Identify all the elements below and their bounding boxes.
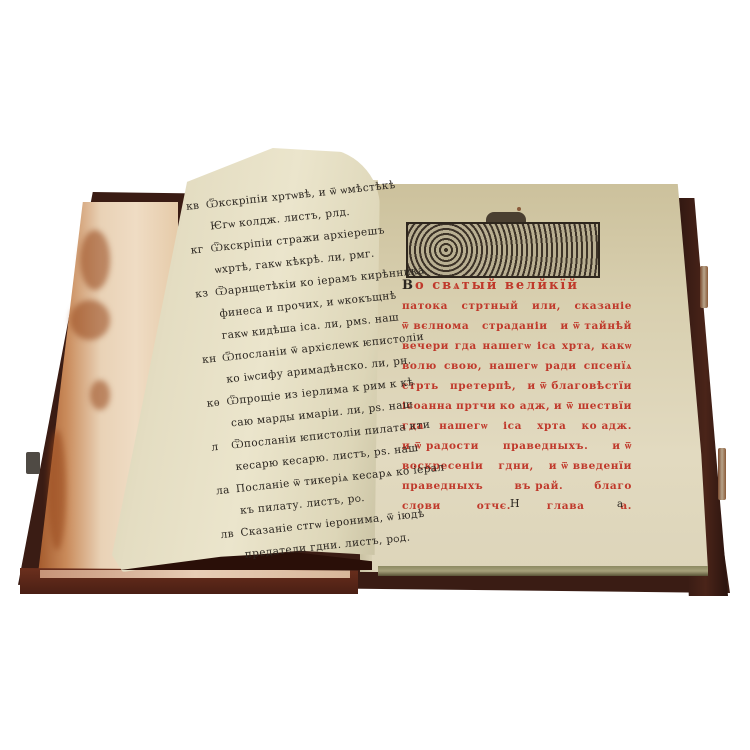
word: и ѿ тайнѣй	[560, 316, 632, 336]
right-page-line: ѿ вєлномастраданіии ѿ тайнѣй	[402, 316, 632, 336]
word: ко адж,	[500, 396, 551, 416]
right-page-line: вечеригданашегѡісахрта,какѡ	[402, 336, 632, 356]
word: глава	[547, 496, 585, 516]
word: и ѿ введенїи	[549, 456, 632, 476]
word: іса	[537, 336, 556, 356]
word: и ѿ благовѣстїи	[527, 376, 632, 396]
chapter-title: Во свѧтый велйкїй	[402, 276, 632, 296]
folio-number: а	[617, 499, 623, 510]
entry-number: лв	[219, 522, 241, 546]
right-page-line: праведныхъвъ рай.благо	[402, 476, 632, 496]
drop-initial: В	[402, 278, 415, 293]
right-page-line: и ѿ радостиправедныхъ.и ѿ	[402, 436, 632, 456]
left-cover-clasp	[26, 452, 40, 474]
word: праведныхъ.	[503, 436, 589, 456]
book-photo-scene: Во свѧтый велйкїй патокастртныйили,сказа…	[0, 0, 750, 750]
word: страданіи	[482, 316, 548, 336]
word: іса	[503, 416, 522, 436]
right-page-line: гданашегѡісахртако адж.	[402, 416, 632, 436]
word: гдни,	[498, 456, 534, 476]
rust-stain	[90, 380, 110, 410]
word: и ѿ шествїи	[554, 396, 632, 416]
word: свою,	[444, 356, 482, 376]
rust-stain	[80, 230, 110, 290]
word: праведныхъ	[402, 476, 483, 496]
word: въ рай.	[514, 476, 563, 496]
word: благо	[594, 476, 632, 496]
right-page-line: патокастртныйили,сказаніе	[402, 296, 632, 316]
word: отчє.	[477, 496, 511, 516]
right-page-line: волюсвою,нашегѡрадиспсенїѧ	[402, 356, 632, 376]
word: патока	[402, 296, 448, 316]
word: нашегѡ	[489, 356, 538, 376]
word: гда	[455, 336, 477, 356]
word: ради	[545, 356, 576, 376]
word: ко адж.	[581, 416, 632, 436]
rust-stain	[48, 430, 66, 550]
entry-number: л	[210, 435, 232, 459]
word: стртный	[462, 296, 519, 316]
word: спсенїѧ	[584, 356, 632, 376]
right-cover-clasp-bottom	[718, 448, 726, 500]
word: претерпѣ,	[450, 376, 516, 396]
word: нашегѡ	[483, 336, 532, 356]
word: хрта,	[562, 336, 596, 356]
rust-stain	[70, 300, 110, 340]
word: хрта	[537, 416, 566, 436]
word: сказаніе	[575, 296, 632, 316]
word: или,	[532, 296, 561, 316]
signature-mark: Н	[510, 497, 520, 510]
entry-number: кѳ	[206, 391, 228, 415]
title-text: о свѧтый велйкїй	[415, 278, 579, 293]
bottom-fore-edge	[20, 568, 358, 594]
word: какѡ	[601, 336, 632, 356]
right-cover-clasp-top	[700, 266, 708, 308]
right-page-line: стртьпретерпѣ,и ѿ благовѣстїи	[402, 376, 632, 396]
left-page-text: квѾкскріпіи хртѡвѣ, и ѿ ѡмѣстѣкѣѤгѡ колд…	[185, 176, 418, 568]
entry-number: ла	[215, 478, 237, 502]
right-page-line: ієоаннапртчико адж,и ѿ шествїи	[402, 396, 632, 416]
word: нашегѡ	[439, 416, 488, 436]
woodcut-headpiece	[406, 222, 600, 278]
page-block-edge	[378, 566, 708, 576]
entry-number: кг	[190, 238, 212, 262]
word: пртчи	[456, 396, 496, 416]
word: и ѿ	[612, 436, 632, 456]
right-page-text: Во свѧтый велйкїй патокастртныйили,сказа…	[402, 276, 632, 516]
ornament-dot	[517, 207, 521, 211]
entry-number: кв	[185, 194, 207, 218]
entry-number: кн	[201, 347, 223, 371]
entry-number: кз	[194, 281, 216, 305]
